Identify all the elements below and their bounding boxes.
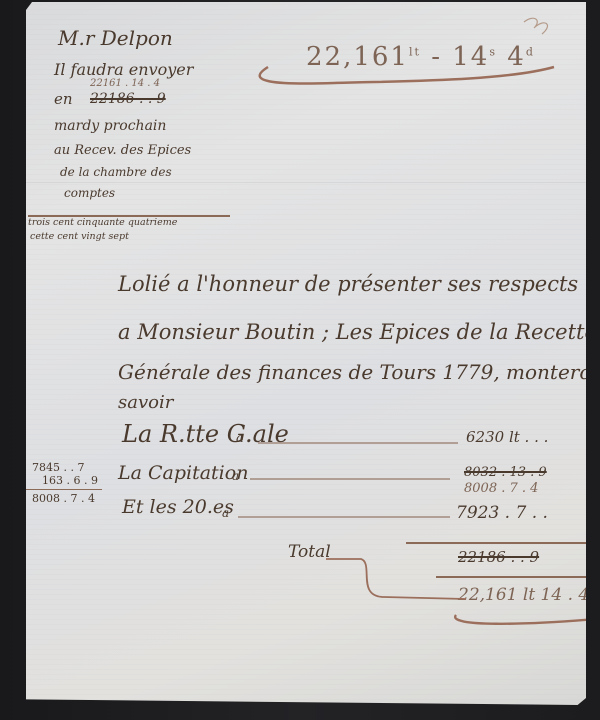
ledger-leader-line — [238, 516, 450, 518]
total-rule-top — [406, 542, 600, 544]
manuscript-page: M.r Delpon Il faudra envoyer 22161 . 14 … — [26, 2, 586, 705]
total-label: Total — [288, 544, 331, 561]
ledger-amount-capitation-struck: 8032 . 13 . 9 — [464, 466, 547, 479]
margin-note-line: Il faudra envoyer — [54, 62, 193, 78]
scan-background: M.r Delpon Il faudra envoyer 22161 . 14 … — [0, 0, 600, 720]
ledger-leader-line — [258, 442, 458, 444]
margin-note-line: de la chambre des — [60, 166, 172, 178]
ledger-label-vingtiemes: Et les 20.es — [122, 498, 234, 517]
amount-in-words-line1: trois cent cinquante quatrieme — [28, 218, 177, 228]
side-calc-line1: 7845 . . 7 — [32, 462, 84, 473]
margin-note-inserted-amount: 22161 . 14 . 4 — [90, 79, 160, 89]
side-calc-rule — [26, 489, 102, 490]
ledger-amount-vingtiemes: 7923 . 7 . . — [456, 505, 548, 522]
ledger-suffix: a — [222, 507, 229, 519]
margin-note-line: mardy prochain — [54, 119, 166, 133]
ledger-suffix: a — [236, 432, 244, 445]
ledger-suffix: a — [232, 470, 239, 482]
flourish-underline — [254, 57, 584, 97]
margin-note-struck-amount: 22186 . . 9 — [90, 92, 166, 106]
ledger-amount-capitation: 8008 . 7 . 4 — [464, 482, 538, 495]
body-line-2: a Monsieur Boutin ; Les Epices de la Rec… — [118, 322, 597, 343]
side-calc-result: 8008 . 7 . 4 — [32, 493, 95, 504]
amount-in-words-line2: cette cent vingt sept — [30, 232, 129, 242]
margin-note-line: en — [54, 92, 73, 107]
body-line-4: savoir — [118, 394, 173, 412]
margin-note-line: au Recev. des Epices — [54, 144, 191, 157]
ledger-leader-line — [250, 478, 450, 480]
body-line-1: Lolié a l'honneur de présenter ses respe… — [118, 274, 578, 295]
margin-note-addressee: M.r Delpon — [58, 28, 173, 48]
total-brace-flourish — [326, 557, 600, 627]
ledger-amount-recette: 6230 lt . . . — [466, 430, 548, 445]
side-calc-line2: 163 . 6 . 9 — [42, 475, 98, 486]
margin-note-line: comptes — [64, 187, 115, 199]
body-line-3: Générale des finances de Tours 1779, mon… — [118, 362, 600, 382]
ledger-label-capitation: La Capitation — [118, 464, 248, 483]
paper-fold-line — [26, 182, 586, 183]
